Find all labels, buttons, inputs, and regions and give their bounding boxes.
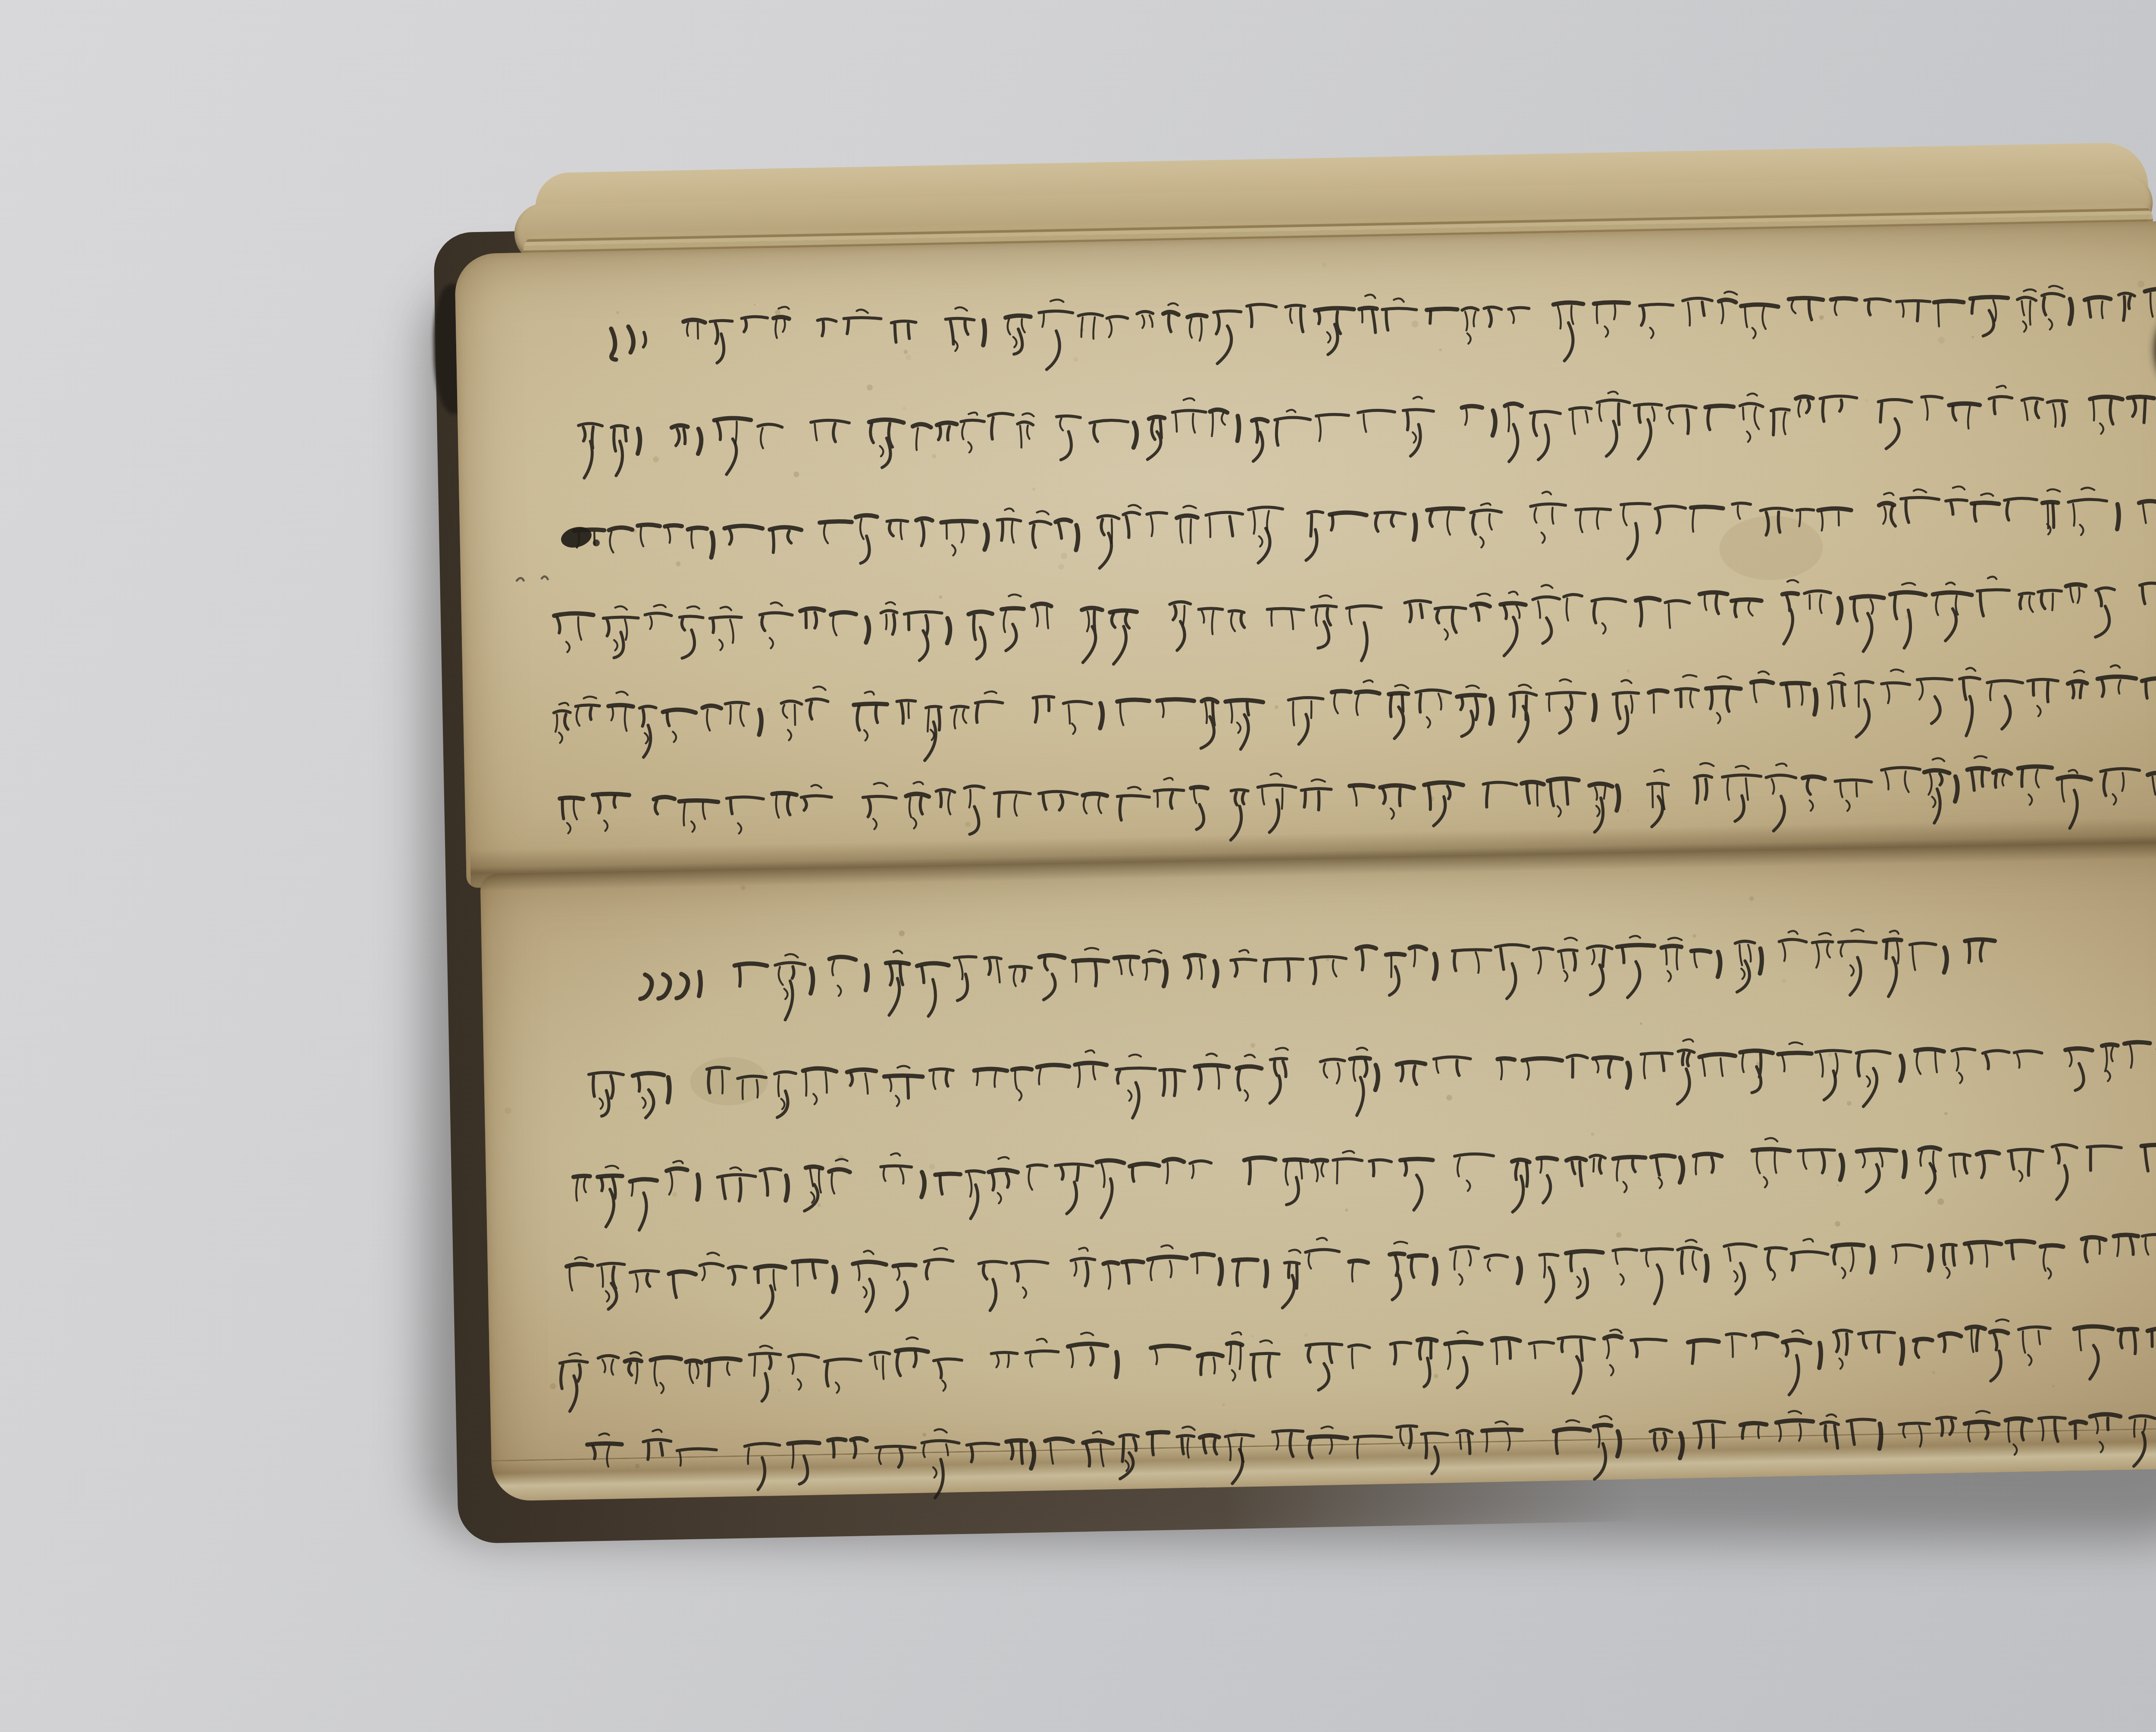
text-line (611, 277, 2156, 379)
text-line (587, 1400, 2156, 1505)
margin-ticks (517, 576, 548, 580)
paper-speckles (489, 246, 2156, 1471)
text-line (573, 480, 2156, 579)
text-line (566, 1221, 2156, 1325)
text-line (553, 660, 2156, 768)
photograph-background: Photograph of an opened handwritten Tibe… (0, 0, 2156, 1732)
handwritten-text-ink (444, 138, 2156, 1526)
text-line (554, 571, 2156, 677)
text-line (639, 927, 1996, 1023)
text-line (578, 379, 2156, 480)
text-line (589, 1029, 2156, 1131)
photo-caption: Photograph of an opened handwritten Tibe… (0, 0, 0, 0)
manuscript-book (444, 138, 2156, 1526)
text-line (559, 1311, 2156, 1418)
text-line (559, 751, 2156, 857)
paper-stain (1719, 515, 1824, 581)
text-line (573, 1128, 2156, 1232)
